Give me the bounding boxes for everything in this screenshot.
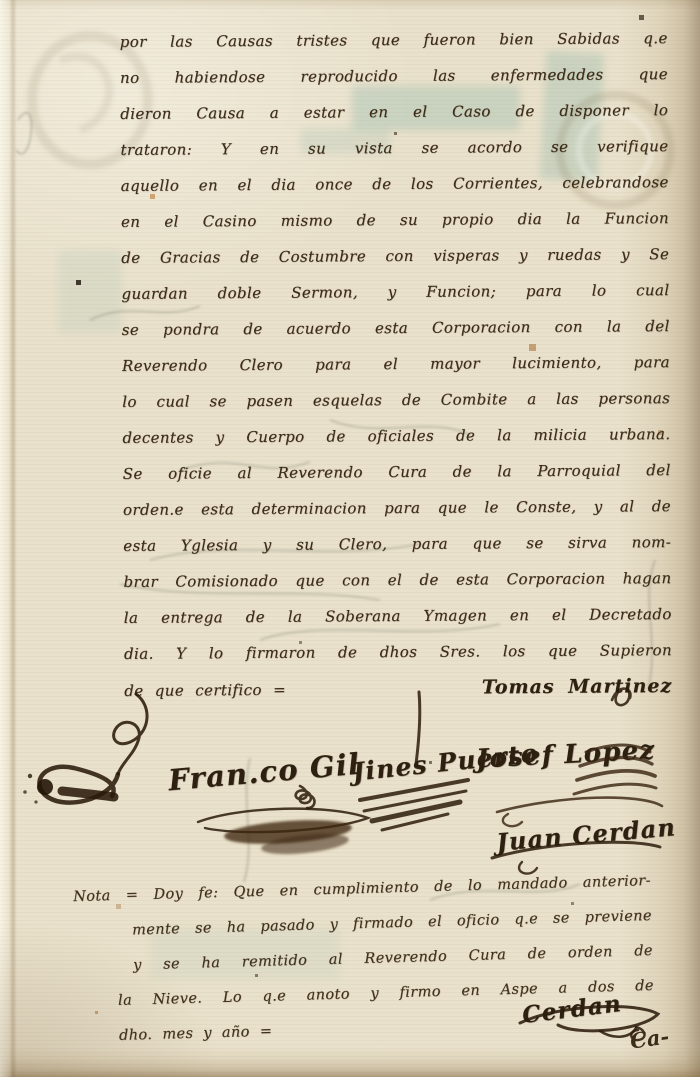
body-line: lo cual se pasen esquelas de Combite a l… (122, 380, 670, 420)
nota-line: dho. mes y año = (77, 1012, 378, 1055)
manuscript-page: por las Causas tristes que fueron bien S… (0, 0, 700, 1077)
body-line: brar Comisionado que con el de esta Corp… (123, 560, 671, 600)
body-line: aquello en el dia once de los Corrientes… (121, 164, 669, 204)
body-line: guardan doble Sermon, y Funcion; para lo… (121, 272, 669, 312)
body-line: de Gracias de Costumbre con visperas y r… (121, 236, 669, 276)
body-line: Reverendo Clero para el mayor lucimiento… (122, 344, 670, 384)
signature-francisco-gil: Fran.co Gil (167, 747, 362, 798)
body-line: decentes y Cuerpo de oficiales de la mil… (122, 416, 670, 456)
stamp-bleed-through (58, 250, 122, 334)
nota-block: Nota = Doy fe: Que en cumplimiento de lo… (73, 864, 656, 1055)
body-line: se pondra de acuerdo esta Corporacion co… (122, 308, 670, 348)
body-line: orden.e esta determinacion para que le C… (123, 488, 671, 528)
manuscript-body: por las Causas tristes que fueron bien S… (120, 20, 673, 709)
body-line: dieron Causa a estar en el Caso de dispo… (120, 92, 668, 132)
closing-line: de que certifico = Tomas Martinez (124, 668, 672, 709)
body-line: la entrega de la Soberana Ymagen en el D… (124, 596, 672, 636)
catchword: Ca- (628, 1023, 670, 1053)
body-line: trataron: Y en su vista se acordo se ver… (120, 128, 668, 168)
left-margin-flourish (23, 694, 147, 804)
body-line: Se oficie al Reverendo Cura de la Parroq… (123, 452, 671, 492)
foxing-specks (0, 0, 1, 1)
certification-text: de que certifico = (124, 672, 286, 709)
signature-tomas-martinez: Tomas Martinez (482, 668, 673, 705)
gil-rubric-flourish (198, 786, 368, 858)
body-line: esta Yglesia y su Clero, para que se sir… (123, 524, 671, 564)
body-line: en el Casino mismo de su propio dia la F… (121, 200, 669, 240)
body-line: dia. Y lo firmaron de dhos Sres. los que… (124, 632, 672, 672)
body-line: por las Causas tristes que fueron bien S… (120, 20, 668, 60)
body-line: no habiendose reproducido las enfermedad… (120, 56, 668, 96)
signature-juan-cerdan: Juan Cerdan (495, 812, 677, 857)
